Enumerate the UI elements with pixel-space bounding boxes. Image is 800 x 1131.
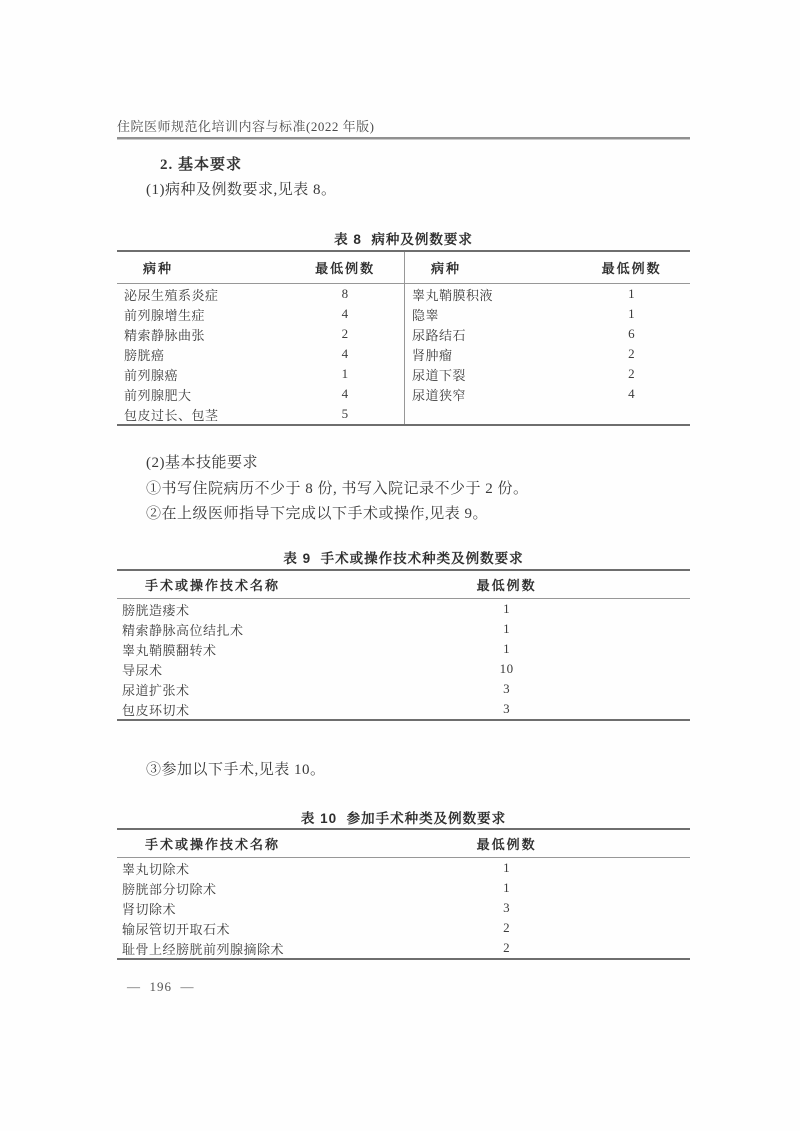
item-supervised-ops: ②在上级医师指导下完成以下手术或操作,见表 9。 — [146, 502, 488, 523]
document-page: 住院医师规范化培训内容与标准(2022 年版) 2. 基本要求 (1)病种及例数… — [0, 0, 800, 1131]
table10-header-row: 手术或操作技术名称 最低例数 — [117, 830, 690, 858]
min-cases-value: 6 — [585, 326, 679, 342]
procedure-name: 睾丸切除术 — [117, 859, 415, 878]
disease-name: 前列腺增生症 — [117, 305, 298, 324]
procedure-name: 膀胱造瘘术 — [117, 600, 415, 619]
table8-left-header-min-cases: 最低例数 — [298, 258, 393, 277]
table-row: 尿路结石6 — [405, 324, 690, 344]
table8-right-half: 病种 最低例数 睾丸鞘膜积液1 隐睾1 尿路结石6 肾肿瘤2 尿道下裂2 尿道狭… — [405, 252, 690, 424]
disease-name: 睾丸鞘膜积液 — [405, 285, 585, 304]
table10-header-name: 手术或操作技术名称 — [117, 834, 415, 853]
table8-right-header-disease: 病种 — [405, 258, 585, 277]
disease-name: 尿路结石 — [405, 325, 585, 344]
min-cases-value: 1 — [585, 286, 679, 302]
table-row: 前列腺肥大4 — [117, 384, 404, 404]
table8-left-half: 病种 最低例数 泌尿生殖系炎症8 前列腺增生症4 精索静脉曲张2 膀胱癌4 前列… — [117, 252, 405, 424]
table8-caption: 表 8 病种及例数要求 — [117, 228, 690, 248]
table-row: 导尿术10 — [117, 659, 690, 679]
min-cases-value: 1 — [415, 601, 598, 617]
disease-name: 尿道下裂 — [405, 365, 585, 384]
table-row: 睾丸鞘膜积液1 — [405, 284, 690, 304]
disease-name: 前列腺癌 — [117, 365, 298, 384]
paragraph-diseases: (1)病种及例数要求,见表 8。 — [146, 178, 337, 199]
table9-header-row: 手术或操作技术名称 最低例数 — [117, 571, 690, 599]
section-heading: 2. 基本要求 — [160, 153, 242, 174]
procedure-name: 导尿术 — [117, 660, 415, 679]
min-cases-value: 3 — [415, 681, 598, 697]
table-row: 输尿管切开取石术2 — [117, 918, 690, 938]
min-cases-value: 1 — [415, 641, 598, 657]
table9-header-name: 手术或操作技术名称 — [117, 575, 415, 594]
item-records: ①书写住院病历不少于 8 份, 书写入院记录不少于 2 份。 — [146, 477, 529, 498]
procedure-name: 耻骨上经膀胱前列腺摘除术 — [117, 939, 415, 958]
table8-left-header-row: 病种 最低例数 — [117, 252, 404, 284]
table-row: 耻骨上经膀胱前列腺摘除术2 — [117, 938, 690, 958]
disease-name: 膀胱癌 — [117, 345, 298, 364]
disease-name: 隐睾 — [405, 305, 585, 324]
table-row: 尿道扩张术3 — [117, 679, 690, 699]
min-cases-value: 10 — [415, 661, 598, 677]
min-cases-value: 2 — [415, 920, 598, 936]
table-row: 膀胱癌4 — [117, 344, 404, 364]
min-cases-value: 2 — [298, 326, 393, 342]
table9-header-min-cases: 最低例数 — [415, 575, 598, 594]
table-row: 包皮环切术3 — [117, 699, 690, 719]
table-row: 睾丸鞘膜翻转术1 — [117, 639, 690, 659]
procedure-name: 尿道扩张术 — [117, 680, 415, 699]
min-cases-value: 3 — [415, 900, 598, 916]
min-cases-value: 8 — [298, 286, 393, 302]
min-cases-value: 4 — [298, 346, 393, 362]
min-cases-value: 1 — [415, 621, 598, 637]
table-9: 手术或操作技术名称 最低例数 膀胱造瘘术1 精索静脉高位结扎术1 睾丸鞘膜翻转术… — [117, 569, 690, 721]
table-row: 肾切除术3 — [117, 898, 690, 918]
min-cases-value: 4 — [585, 386, 679, 402]
min-cases-value: 1 — [415, 880, 598, 896]
disease-name: 包皮过长、包茎 — [117, 405, 298, 424]
disease-name: 泌尿生殖系炎症 — [117, 285, 298, 304]
min-cases-value: 4 — [298, 306, 393, 322]
table-row: 膀胱部分切除术1 — [117, 878, 690, 898]
running-head: 住院医师规范化培训内容与标准(2022 年版) — [117, 116, 374, 135]
table-row: 膀胱造瘘术1 — [117, 599, 690, 619]
procedure-name: 膀胱部分切除术 — [117, 879, 415, 898]
table-row: 前列腺增生症4 — [117, 304, 404, 324]
table-10: 手术或操作技术名称 最低例数 睾丸切除术1 膀胱部分切除术1 肾切除术3 输尿管… — [117, 828, 690, 960]
procedure-name: 输尿管切开取石术 — [117, 919, 415, 938]
table-row: 隐睾1 — [405, 304, 690, 324]
table8-right-header-row: 病种 最低例数 — [405, 252, 690, 284]
table10-caption: 表 10 参加手术种类及例数要求 — [117, 807, 690, 827]
procedure-name: 睾丸鞘膜翻转术 — [117, 640, 415, 659]
disease-name: 前列腺肥大 — [117, 385, 298, 404]
table8-left-header-disease: 病种 — [117, 258, 298, 277]
min-cases-value: 4 — [298, 386, 393, 402]
table8-right-header-min-cases: 最低例数 — [585, 258, 679, 277]
disease-name: 尿道狭窄 — [405, 385, 585, 404]
item-participate-ops: ③参加以下手术,见表 10。 — [146, 758, 326, 779]
table-row: 尿道狭窄4 — [405, 384, 690, 404]
page-number: — 196 — — [127, 979, 195, 995]
table-row: 泌尿生殖系炎症8 — [117, 284, 404, 304]
table-row: 包皮过长、包茎5 — [117, 404, 404, 424]
min-cases-value: 2 — [585, 346, 679, 362]
table-row: 精索静脉高位结扎术1 — [117, 619, 690, 639]
table-row: 前列腺癌1 — [117, 364, 404, 384]
min-cases-value: 5 — [298, 406, 393, 422]
table9-caption: 表 9 手术或操作技术种类及例数要求 — [117, 547, 690, 567]
header-rule — [117, 137, 690, 140]
disease-name: 精索静脉曲张 — [117, 325, 298, 344]
min-cases-value: 1 — [298, 366, 393, 382]
table-8: 病种 最低例数 泌尿生殖系炎症8 前列腺增生症4 精索静脉曲张2 膀胱癌4 前列… — [117, 250, 690, 426]
procedure-name: 包皮环切术 — [117, 700, 415, 719]
table-row: 肾肿瘤2 — [405, 344, 690, 364]
table-row: 尿道下裂2 — [405, 364, 690, 384]
skills-heading: (2)基本技能要求 — [146, 451, 258, 472]
table10-header-min-cases: 最低例数 — [415, 834, 598, 853]
table-row: 精索静脉曲张2 — [117, 324, 404, 344]
min-cases-value: 3 — [415, 701, 598, 717]
min-cases-value: 1 — [415, 860, 598, 876]
procedure-name: 精索静脉高位结扎术 — [117, 620, 415, 639]
min-cases-value: 2 — [415, 940, 598, 956]
disease-name: 肾肿瘤 — [405, 345, 585, 364]
procedure-name: 肾切除术 — [117, 899, 415, 918]
min-cases-value: 2 — [585, 366, 679, 382]
min-cases-value: 1 — [585, 306, 679, 322]
table-row: 睾丸切除术1 — [117, 858, 690, 878]
